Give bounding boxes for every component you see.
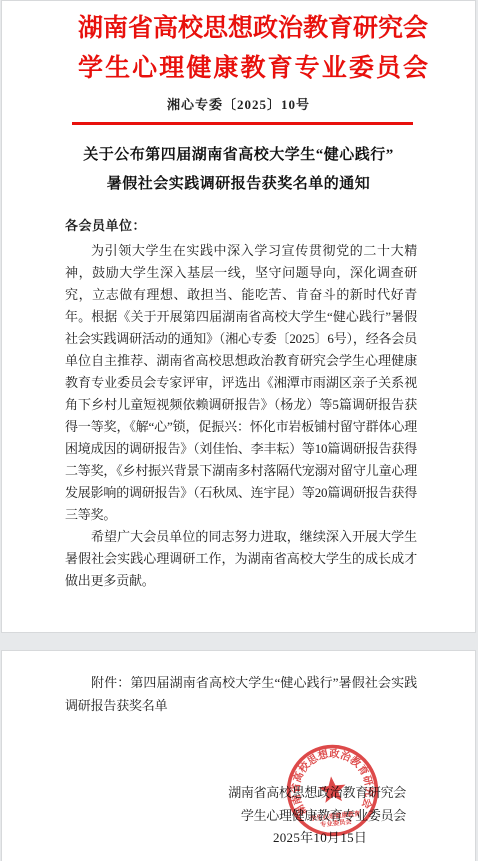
signature-block: 湖南省高校思想政治教育研究会 学生心理健康教育专业委员会 2025年10月15日 (228, 782, 406, 850)
document-viewer: { "colors":{"header_red":"#e8100c","seal… (0, 0, 478, 861)
letterhead-org-line-1: 湖南省高校思想政治教育研究会 (78, 9, 428, 49)
document-page-1: 湖南省高校思想政治教育研究会 学生心理健康教育专业委员会 湘心专委〔2025〕1… (1, 0, 476, 633)
salutation: 各会员单位： (65, 215, 146, 234)
document-title-line-2: 暑假社会实践调研报告获奖名单的通知 (2, 170, 475, 199)
letterhead: 湖南省高校思想政治教育研究会 学生心理健康教育专业委员会 (78, 9, 428, 89)
document-body: 为引领大学生在实践中深入学习宣传贯彻党的二十大精神，鼓励大学生深入基层一线，坚守… (65, 240, 417, 592)
document-title-line-1: 关于公布第四届湖南省高校大学生“健心践行” (2, 141, 475, 170)
letterhead-divider-line (72, 122, 413, 125)
document-page-2: 附件：第四届湖南省高校大学生“健心践行”暑假社会实践调研报告获奖名单 湖南省高校… (1, 650, 476, 861)
document-number: 湘心专委〔2025〕10号 (2, 94, 475, 113)
signature-org-line-1: 湖南省高校思想政治教育研究会 (228, 782, 406, 805)
body-paragraph: 为引领大学生在实践中深入学习宣传贯彻党的二十大精神，鼓励大学生深入基层一线，坚守… (65, 240, 417, 526)
body-paragraph: 希望广大会员单位的同志努力进取，继续深入开展大学生暑假社会实践心理调研工作，为湖… (65, 526, 417, 592)
signature-date: 2025年10月15日 (273, 827, 367, 850)
document-title: 关于公布第四届湖南省高校大学生“健心践行” 暑假社会实践调研报告获奖名单的通知 (2, 141, 475, 199)
attachment-note: 附件：第四届湖南省高校大学生“健心践行”暑假社会实践调研报告获奖名单 (65, 672, 417, 717)
letterhead-org-line-2: 学生心理健康教育专业委员会 (78, 49, 428, 89)
signature-org-line-2: 学生心理健康教育专业委员会 (241, 805, 406, 828)
